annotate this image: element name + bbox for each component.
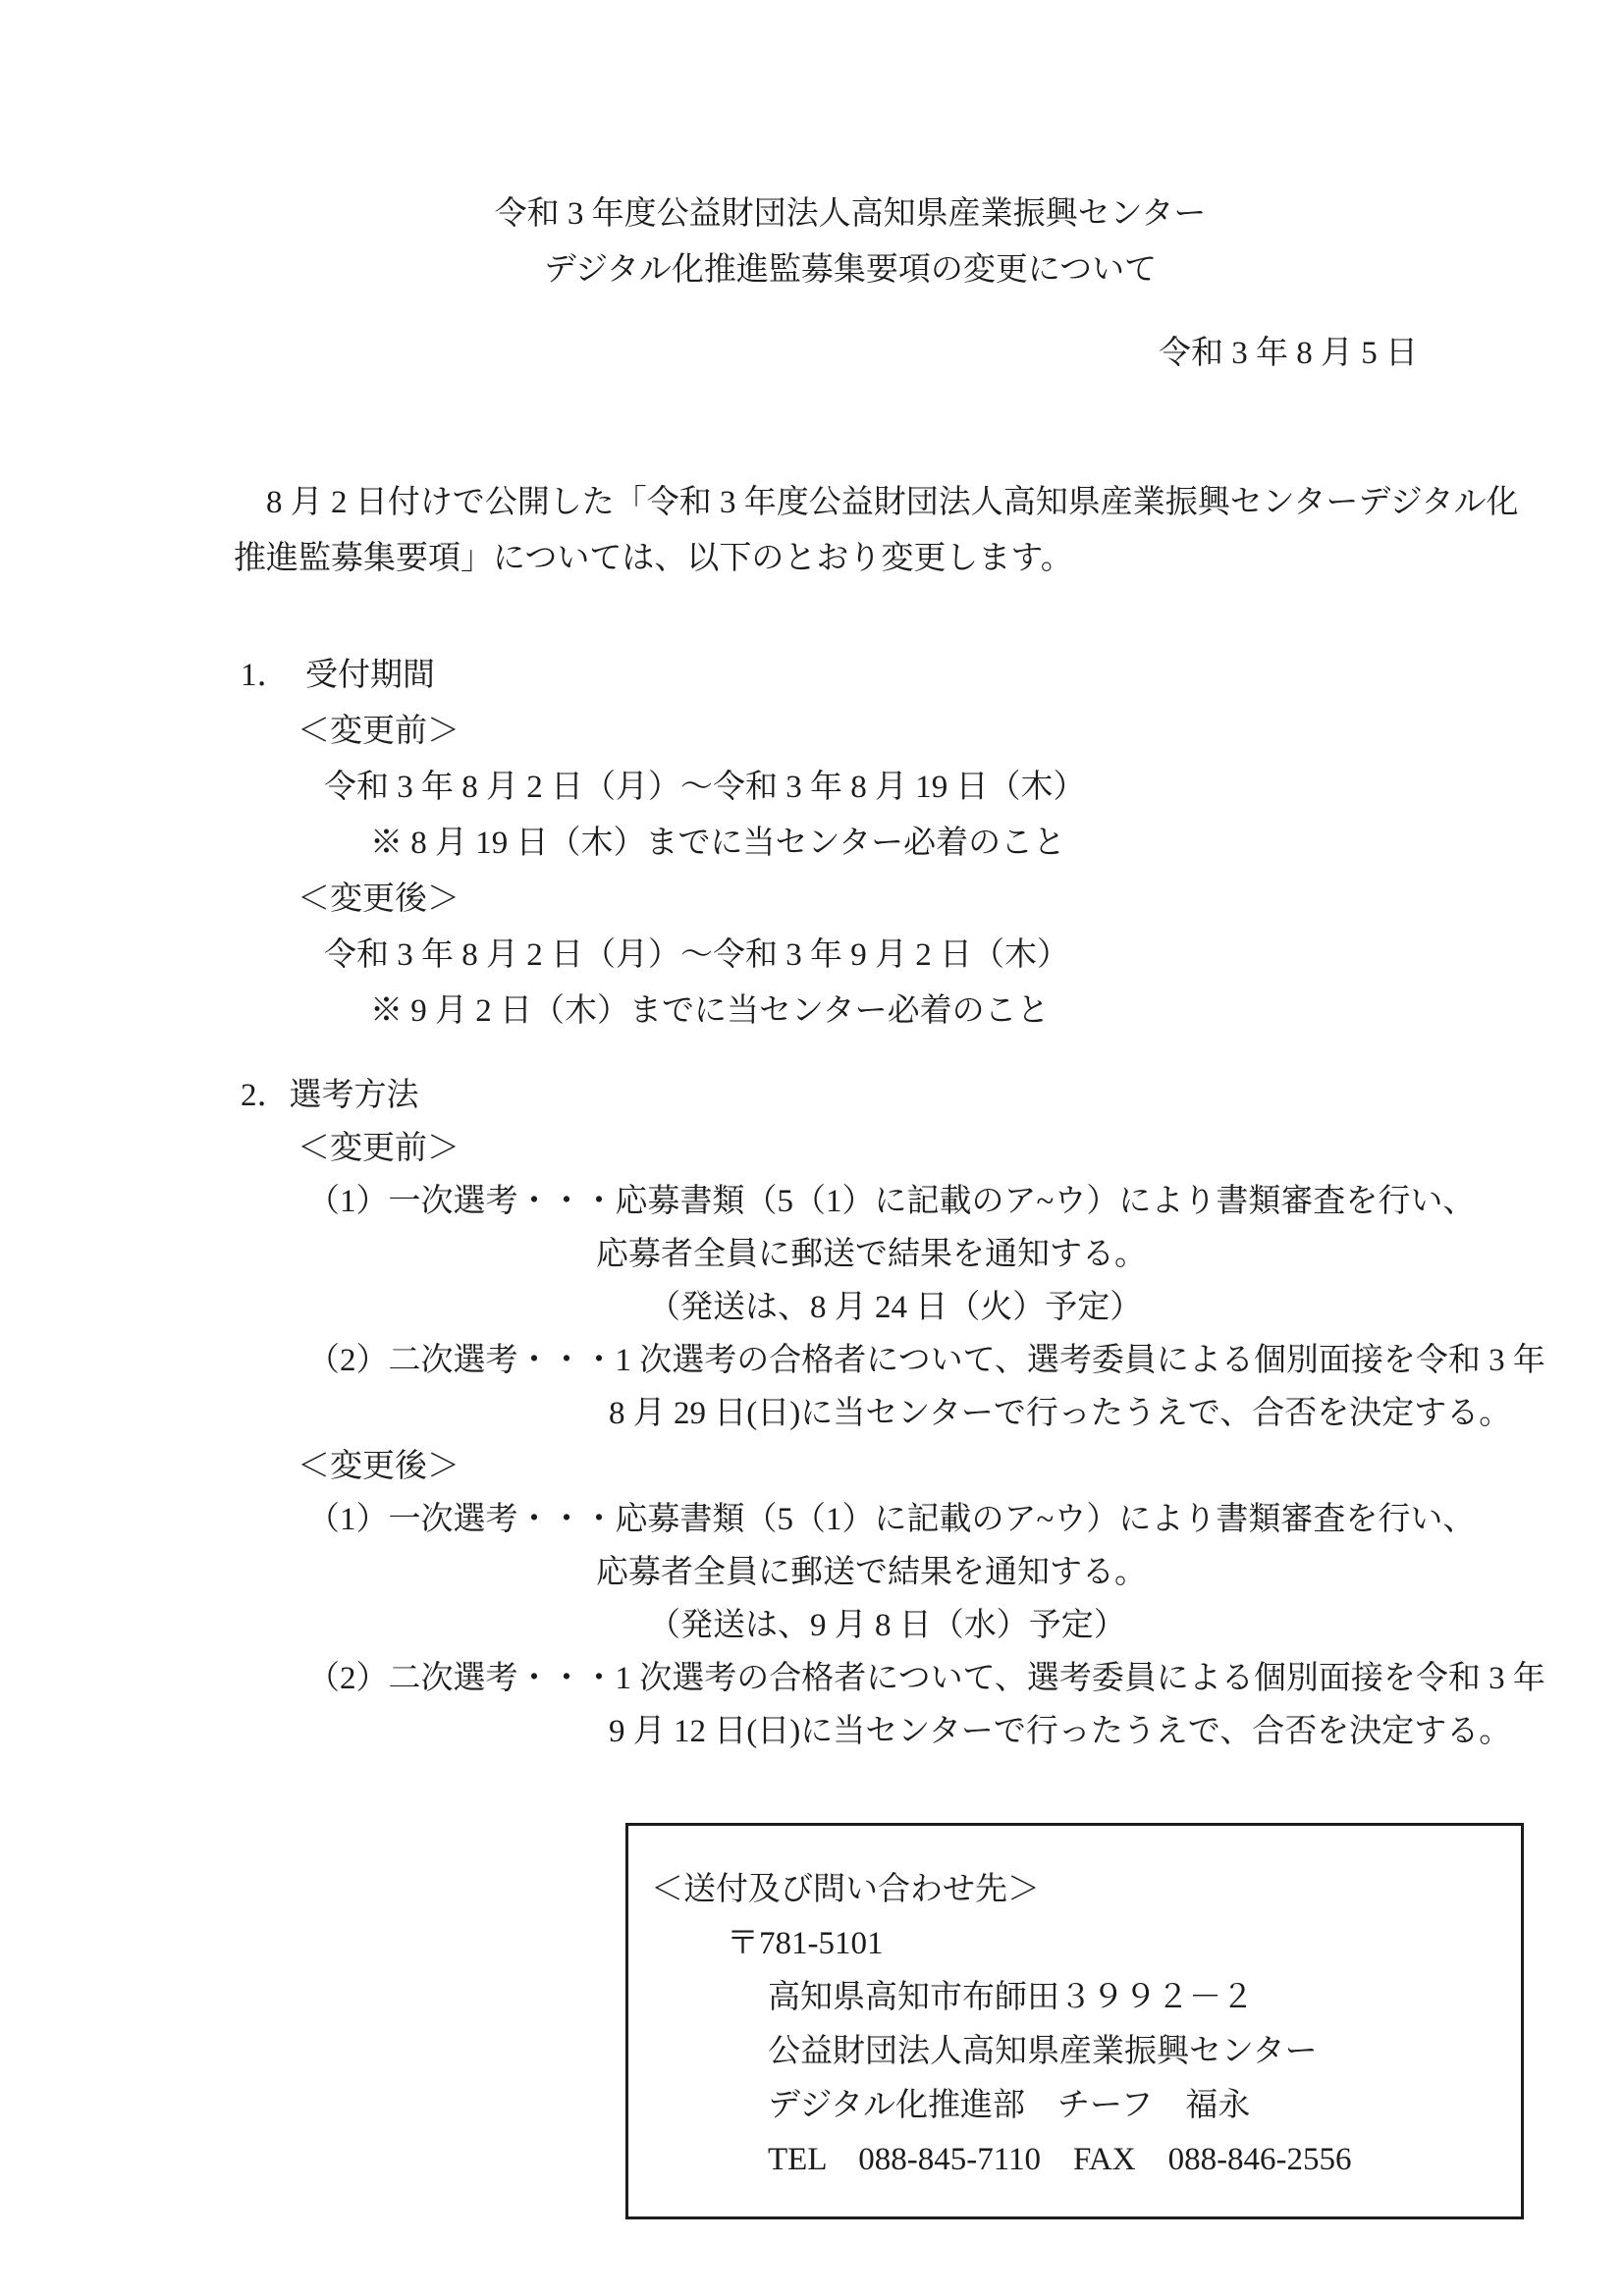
document-title-line1: 令和 3 年度公益財団法人高知県産業振興センター [234, 187, 1467, 242]
section2-after-label: ＜変更後＞ [298, 1440, 1467, 1493]
contact-box-heading: ＜送付及び問い合わせ先＞ [651, 1863, 1506, 1917]
section1-heading: 1． 受付期間 [241, 648, 1467, 704]
section2-after-item1: （1）一次選考・・・応募書類（5（1）に記載のア~ウ）により書類審査を行い、 [307, 1493, 1467, 1546]
issue-date: 令和 3 年 8 月 5 日 [234, 326, 1467, 382]
section2-before-item1-cont: 応募者全員に郵送で結果を通知する。 [596, 1228, 1467, 1281]
section1-after-label: ＜変更後＞ [298, 872, 1467, 928]
contact-department: デジタル化推進部 チーフ 福永 [768, 2079, 1506, 2133]
section1-before-note: ※ 8 月 19 日（木）までに当センター必着のこと [370, 816, 1467, 872]
section-reception-period: 1． 受付期間 ＜変更前＞ 令和 3 年 8 月 2 日（月）～令和 3 年 8… [234, 648, 1467, 1040]
section2-before-label: ＜変更前＞ [298, 1122, 1467, 1175]
document-title-line2: デジタル化推進監募集要項の変更について [234, 242, 1467, 298]
contact-tel-fax: TEL 088-845-7110 FAX 088-846-2556 [768, 2133, 1506, 2187]
section2-before-item2-cont: 8 月 29 日(日)に当センターで行ったうえで、合否を決定する。 [609, 1387, 1467, 1440]
document-page: 令和 3 年度公益財団法人高知県産業振興センター デジタル化推進監募集要項の変更… [0, 0, 1624, 2296]
contact-address: 高知県高知市布師田３９９２－２ [768, 1971, 1506, 2025]
intro-paragraph: 8 月 2 日付けで公開した「令和 3 年度公益財団法人高知県産業振興センターデ… [234, 475, 1467, 587]
section2-after-item1-cont: 応募者全員に郵送で結果を通知する。 [596, 1546, 1467, 1599]
section-selection-method: 2．選考方法 ＜変更前＞ （1）一次選考・・・応募書類（5（1）に記載のア~ウ）… [234, 1069, 1467, 1758]
document-title: 令和 3 年度公益財団法人高知県産業振興センター デジタル化推進監募集要項の変更… [234, 187, 1467, 298]
section1-after-period: 令和 3 年 8 月 2 日（月）～令和 3 年 9 月 2 日（木） [324, 928, 1467, 984]
section2-before-item1: （1）一次選考・・・応募書類（5（1）に記載のア~ウ）により書類審査を行い、 [307, 1175, 1467, 1228]
section2-heading: 2．選考方法 [241, 1069, 1467, 1122]
section1-after-note: ※ 9 月 2 日（木）までに当センター必着のこと [370, 984, 1467, 1040]
intro-line2: 推進監募集要項」については、以下のとおり変更します。 [234, 531, 1467, 587]
intro-line1: 8 月 2 日付けで公開した「令和 3 年度公益財団法人高知県産業振興センターデ… [234, 475, 1467, 531]
contact-postal-code: 〒781-5101 [727, 1917, 1506, 1971]
section2-before-item2: （2）二次選考・・・1 次選考の合格者について、選考委員による個別面接を令和 3… [307, 1334, 1467, 1387]
contact-box: ＜送付及び問い合わせ先＞ 〒781-5101 高知県高知市布師田３９９２－２ 公… [625, 1823, 1524, 2219]
section2-before-item1-note: （発送は、8 月 24 日（火）予定） [648, 1281, 1467, 1334]
section2-after-item2: （2）二次選考・・・1 次選考の合格者について、選考委員による個別面接を令和 3… [307, 1652, 1467, 1705]
section2-after-item2-cont: 9 月 12 日(日)に当センターで行ったうえで、合否を決定する。 [609, 1705, 1467, 1758]
section1-before-period: 令和 3 年 8 月 2 日（月）～令和 3 年 8 月 19 日（木） [324, 760, 1467, 816]
contact-organization: 公益財団法人高知県産業振興センター [768, 2025, 1506, 2079]
section2-after-item1-note: （発送は、9 月 8 日（水）予定） [648, 1599, 1467, 1652]
section1-before-label: ＜変更前＞ [298, 704, 1467, 760]
